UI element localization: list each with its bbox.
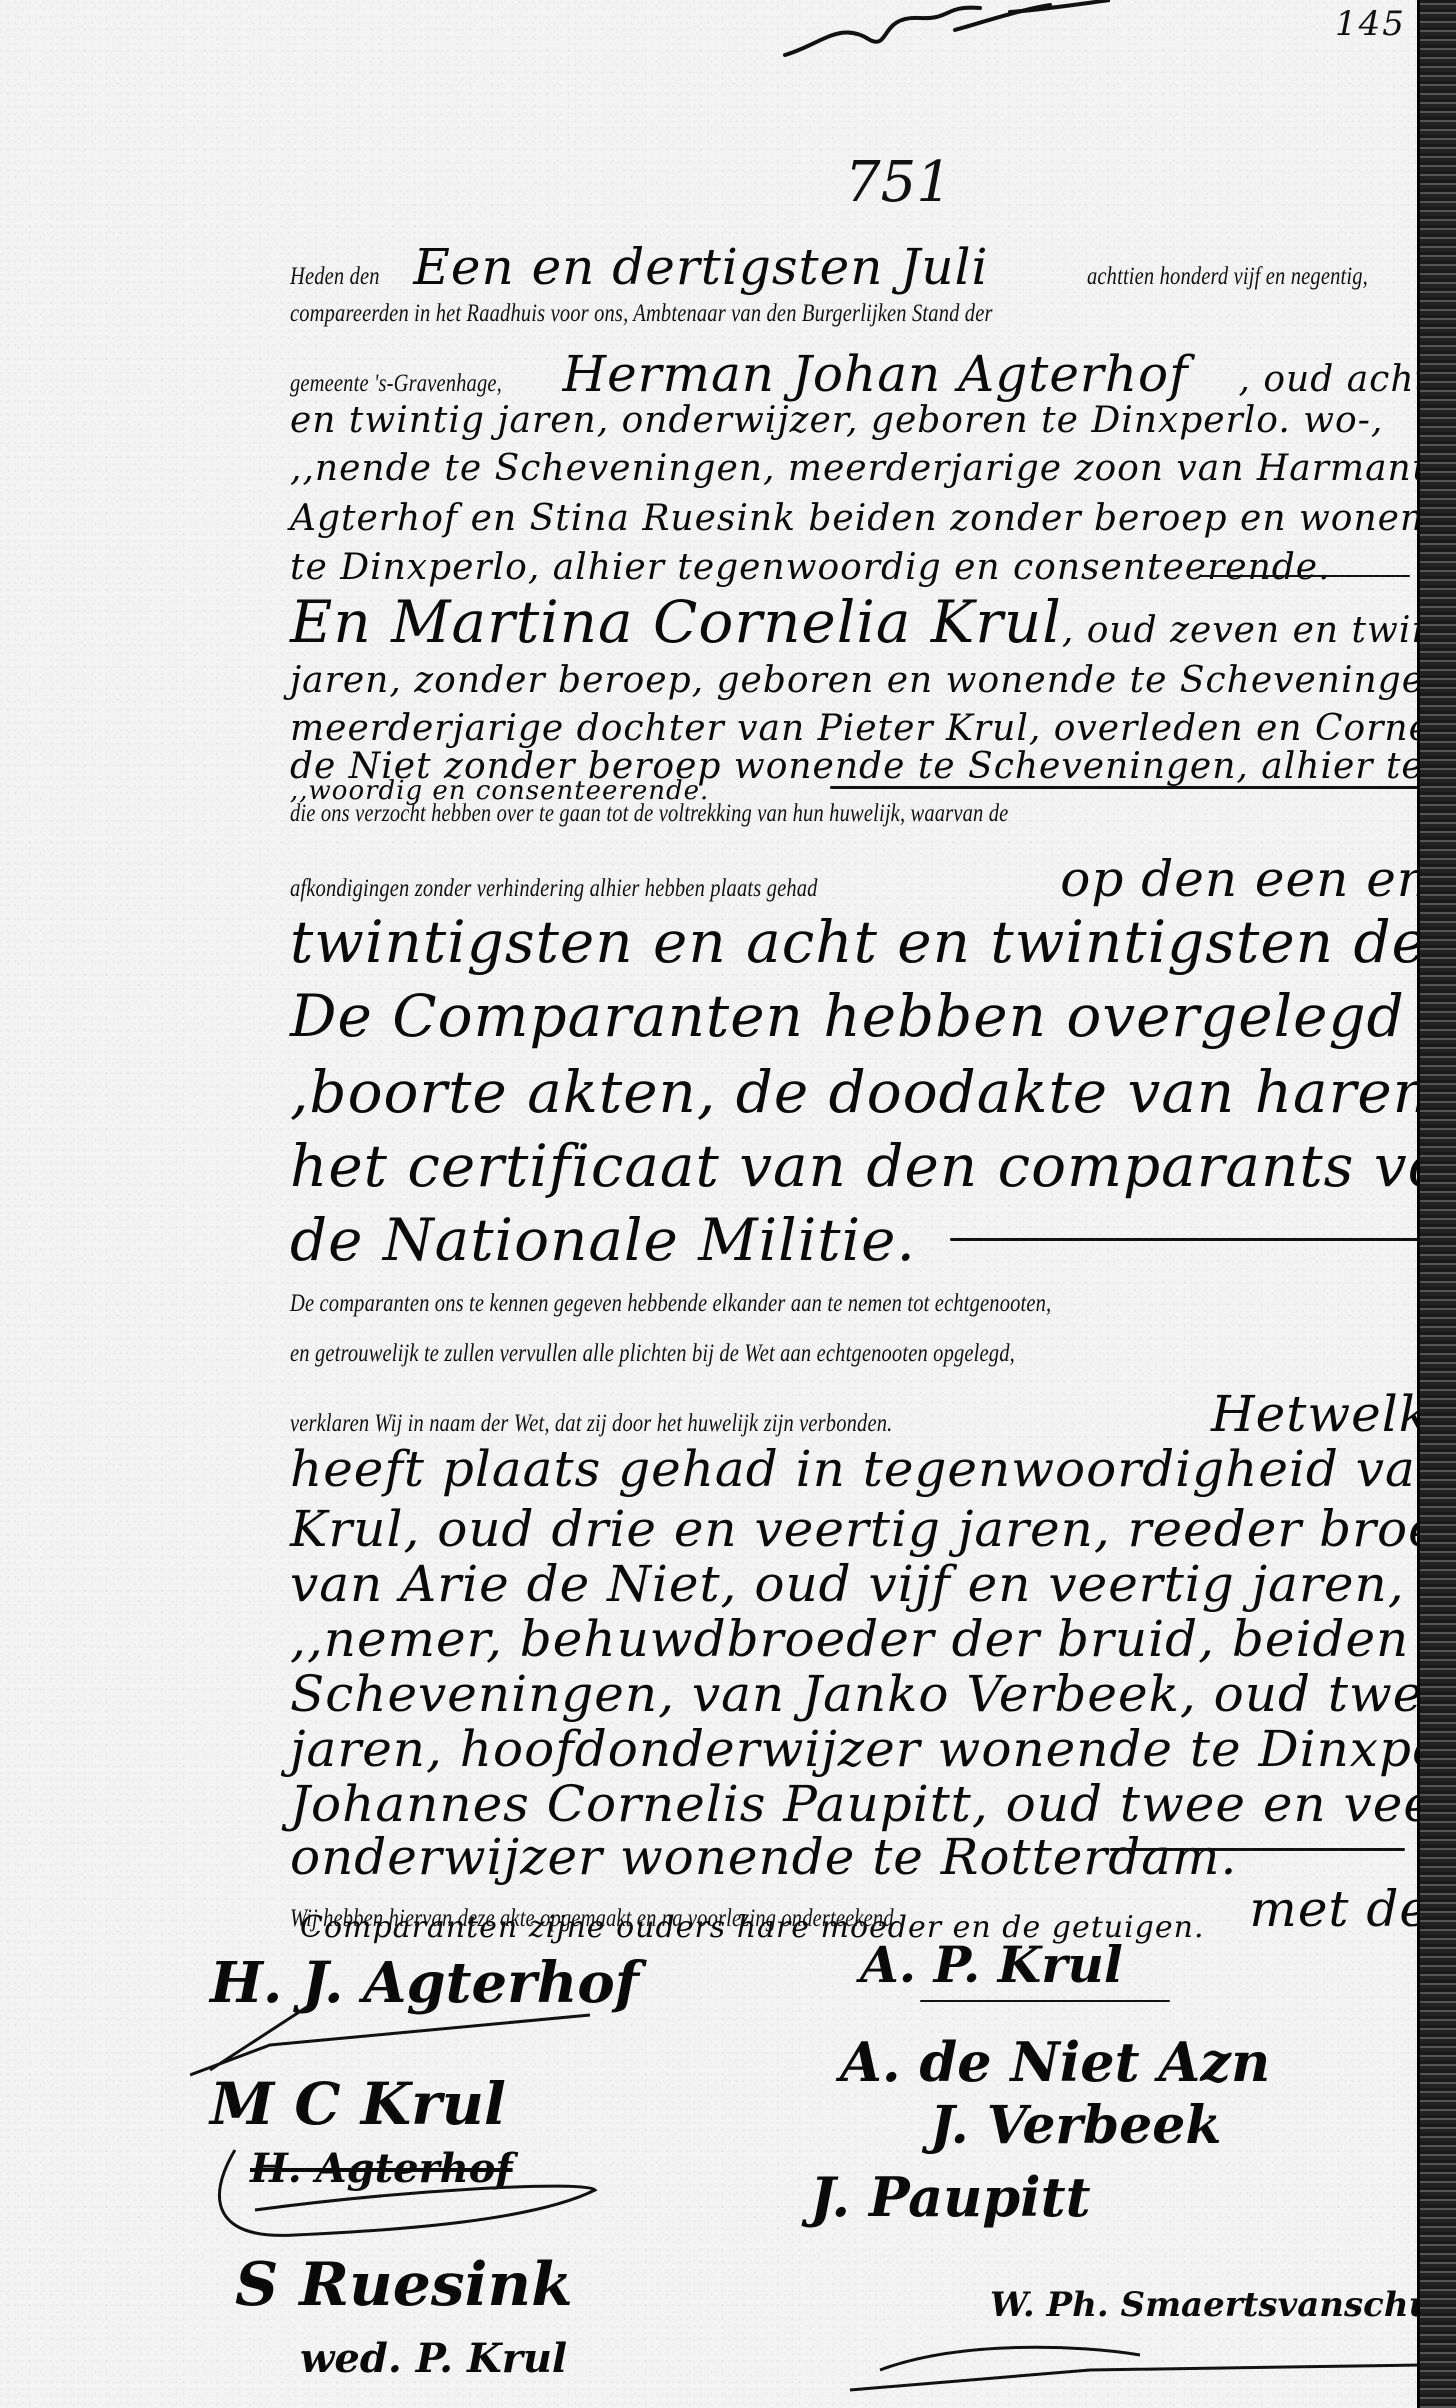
line-28: jaren, hoofdonderwijzer wonende te Dinxp… [290,1720,1430,1778]
line-25: van Arie de Niet, oud vijf en veertig ja… [290,1555,1430,1613]
line-9: jaren, zonder beroep, geboren en wonende… [290,660,1430,701]
signature-underline [920,2000,1170,2002]
line-29: Johannes Cornelis Paupitt, oud twee en v… [290,1775,1430,1833]
book-binding-edge [1417,0,1456,2408]
line-23: heeft plaats gehad in tegenwoordigheid v… [290,1440,1430,1498]
document-page: 145 751 Heden den Een en dertigsten Juli… [0,0,1420,2408]
handwritten-text: ,,nemer, behuwdbroeder der bruid, beiden… [290,1610,1456,1668]
line-15: twintigsten en acht en twintigsten dezer… [290,908,1430,976]
line-1: Heden den Een en dertigsten Juli achttie… [290,238,1430,296]
handwritten-text: , oud zeven en twintig [1062,610,1456,651]
printed-text: achttien honderd vijf en negentig, [1087,263,1368,291]
act-number: 751 [845,150,952,215]
handwritten-text: Agterhof en Stina Ruesink beiden zonder … [290,498,1456,539]
printed-text: afkondigingen zonder verhindering alhier… [290,875,818,903]
line-5: ,,nende te Scheveningen, meerderjarige z… [290,448,1430,489]
printed-text: verklaren Wij in naam der Wet, dat zij d… [290,1410,892,1438]
line-27: Scheveningen, van Janko Verbeek, oud twe… [290,1665,1430,1723]
line-4: en twintig jaren, onderwijzer, geboren t… [290,400,1430,441]
handwritten-text: jaren, hoofdonderwijzer wonende te Dinxp… [290,1720,1456,1778]
signature-flourish [190,1975,610,2085]
line-3: gemeente 's-Gravenhage, Herman Johan Agt… [290,345,1430,403]
handwritten-text: heeft plaats gehad in tegenwoordigheid v… [290,1440,1456,1498]
printed-text: compareerden in het Raadhuis voor ons, A… [290,300,993,328]
signature-witness-4: J. Paupitt [810,2165,1091,2229]
fill-line [830,786,1420,789]
line-10: meerderjarige dochter van Pieter Krul, o… [290,708,1430,749]
groom-name: Herman Johan Agterhof [562,345,1188,403]
handwritten-text: van Arie de Niet, oud vijf en veertig ja… [290,1555,1456,1613]
line-26: ,,nemer, behuwdbroeder der bruid, beiden… [290,1610,1430,1668]
signature-witness-3: J. Verbeek [930,2095,1221,2156]
fill-line [1110,1848,1405,1851]
handwritten-text: Krul, oud drie en veertig jaren, reeder … [290,1500,1456,1558]
handwritten-text: de Nationale Militie. [290,1206,916,1274]
handwritten-text: , oud acht [1238,359,1430,400]
line-13: die ons verzocht hebben over te gaan tot… [290,800,1430,828]
handwritten-text: te Dinxperlo, alhier tegenwoordig en con… [290,547,1331,588]
bride-name: En Martina Cornelia Krul [290,588,1062,656]
handwritten-text: op den een en [1060,850,1430,908]
line-2: compareerden in het Raadhuis voor ons, A… [290,300,1430,328]
handwritten-text: ,,nende te Scheveningen, meerderjarige z… [290,448,1455,489]
handwritten-text: en twintig jaren, onderwijzer, geboren t… [290,400,1383,441]
signature-groom-mother: S Ruesink [235,2250,573,2320]
line-30: onderwijzer wonende te Rotterdam. [290,1828,1430,1886]
printed-text: De comparanten ons te kennen gegeven heb… [290,1290,1051,1318]
handwritten-text: onderwijzer wonende te Rotterdam. [290,1828,1237,1886]
signature-registrar: W. Ph. Smaertsvanschuwenka [990,2285,1456,2325]
line-21: en getrouwelijk te zullen vervullen alle… [290,1340,1430,1368]
printed-text: en getrouwelijk te zullen vervullen alle… [290,1340,1015,1368]
line-17: ,boorte akten, de doodakte van haren vad… [290,1058,1430,1126]
line-24: Krul, oud drie en veertig jaren, reeder … [290,1500,1430,1558]
line-20: De comparanten ons te kennen gegeven heb… [290,1290,1430,1318]
line-22: verklaren Wij in naam der Wet, dat zij d… [290,1385,1430,1443]
signature-witness-2: A. de Niet Azn [840,2030,1270,2094]
fill-line [950,1238,1420,1241]
handwritten-text: het certificaat van den comparants voldo… [290,1132,1456,1200]
registrar-flourish [840,2320,1440,2400]
line-18: het certificaat van den comparants voldo… [290,1132,1430,1200]
handwritten-text: ,boorte akten, de doodakte van haren vad… [290,1058,1456,1126]
handwritten-text: Scheveningen, van Janko Verbeek, oud twe… [290,1665,1456,1723]
signature-flourish [205,2140,625,2250]
handwritten-text: twintigsten en acht en twintigsten dezer… [290,908,1456,976]
printed-text: Heden den [290,263,380,291]
handwritten-text: Johannes Cornelis Paupitt, oud twee en v… [290,1775,1456,1833]
signature-bride: M C Krul [210,2070,506,2138]
handwritten-date: Een en dertigsten Juli [413,238,988,296]
signature-witness-1: A. P. Krul [860,1935,1123,1994]
handwritten-text: meerderjarige dochter van Pieter Krul, o… [290,708,1456,749]
signature-bride-mother: wed. P. Krul [300,2335,567,2382]
line-16: De Comparanten hebben overgelegd hunne g… [290,982,1430,1050]
handwritten-text: De Comparanten hebben overgelegd hunne g… [290,982,1456,1050]
page-number: 145 [1335,4,1406,44]
handwritten-text: Hetwelk [1211,1385,1430,1443]
line-6: Agterhof en Stina Ruesink beiden zonder … [290,498,1430,539]
printed-municipality: gemeente 's-Gravenhage, [290,370,502,398]
handwritten-text: jaren, zonder beroep, geboren en wonende… [290,660,1456,701]
line-14: afkondigingen zonder verhindering alhier… [290,850,1430,908]
printed-text: die ons verzocht hebben over te gaan tot… [290,800,1008,828]
fill-line [1200,575,1410,577]
line-7: te Dinxperlo, alhier tegenwoordig en con… [290,547,1430,588]
header-flourish [780,0,1110,60]
line-8: En Martina Cornelia Krul , oud zeven en … [290,588,1430,656]
